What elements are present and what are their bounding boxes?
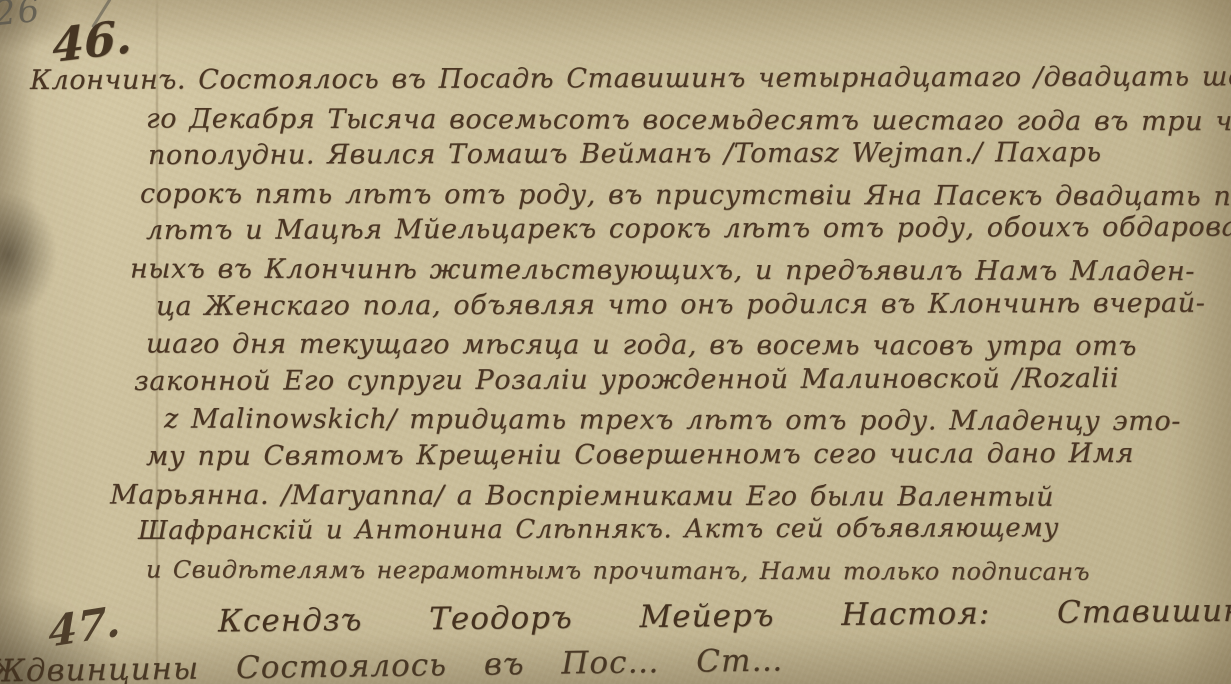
manuscript-line: му при Святомъ Крещеніи Совершенномъ сег… bbox=[146, 435, 1227, 476]
manuscript-line: лѣтъ и Мацѣя Мйельцарекъ сорокъ лѣтъ отъ… bbox=[146, 209, 1227, 250]
manuscript-line: Клончинъ. Состоялось въ Посадѣ Ставишинъ… bbox=[30, 58, 1227, 99]
manuscript-line: и Свидѣтелямъ неграмотнымъ прочитанъ, На… bbox=[146, 551, 1227, 591]
manuscript-line: Шафранскій и Антонина Слѣпнякъ. Актъ сей… bbox=[138, 510, 1227, 551]
pencil-page-number: 26 bbox=[0, 0, 43, 34]
manuscript-line: законной Его супруги Розаліи урожденной … bbox=[134, 359, 1227, 400]
manuscript-line: пополудни. Явился Томашъ Вейманъ /Tomasz… bbox=[148, 134, 1227, 175]
manuscript-line: ца Женскаго пола, объявляя что онъ родил… bbox=[156, 284, 1227, 325]
record-body: Клончинъ. Состоялось въ Посадѣ Ставишинъ… bbox=[0, 62, 1227, 588]
